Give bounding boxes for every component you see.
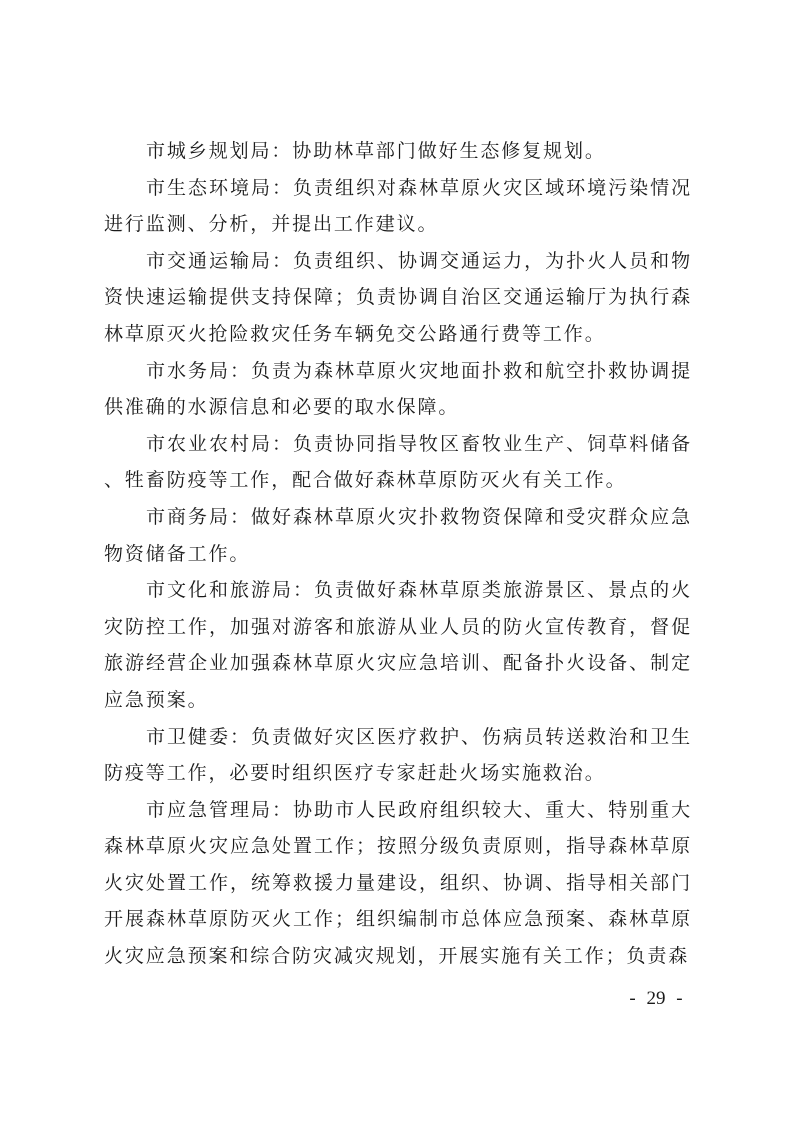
paragraph-ecology-environment-bureau: 市生态环境局：负责组织对森林草原火灾区域环境污染情况进行监测、分析，并提出工作建… bbox=[104, 170, 692, 243]
document-body: 市城乡规划局：协助林草部门做好生态修复规划。 市生态环境局：负责组织对森林草原火… bbox=[104, 133, 692, 975]
paragraph-health-commission: 市卫健委：负责做好灾区医疗救护、伤病员转送救治和卫生防疫等工作，必要时组织医疗专… bbox=[104, 719, 692, 792]
paragraph-commerce-bureau: 市商务局：做好森林草原火灾扑救物资保障和受灾群众应急物资储备工作。 bbox=[104, 499, 692, 572]
paragraph-culture-tourism-bureau: 市文化和旅游局：负责做好森林草原类旅游景区、景点的火灾防控工作，加强对游客和旅游… bbox=[104, 572, 692, 718]
paragraph-emergency-management-bureau: 市应急管理局：协助市人民政府组织较大、重大、特别重大森林草原火灾应急处置工作；按… bbox=[104, 792, 692, 975]
page-number: - 29 - bbox=[606, 988, 706, 1010]
paragraph-water-affairs-bureau: 市水务局：负责为森林草原火灾地面扑救和航空扑救协调提供准确的水源信息和必要的取水… bbox=[104, 353, 692, 426]
paragraph-agriculture-rural-bureau: 市农业农村局：负责协同指导牧区畜牧业生产、饲草料储备、牲畜防疫等工作，配合做好森… bbox=[104, 426, 692, 499]
paragraph-transport-bureau: 市交通运输局：负责组织、协调交通运力，为扑火人员和物资快速运输提供支持保障；负责… bbox=[104, 243, 692, 353]
document-page: 市城乡规划局：协助林草部门做好生态修复规划。 市生态环境局：负责组织对森林草原火… bbox=[0, 0, 793, 1122]
paragraph-urban-planning-bureau: 市城乡规划局：协助林草部门做好生态修复规划。 bbox=[104, 133, 692, 170]
